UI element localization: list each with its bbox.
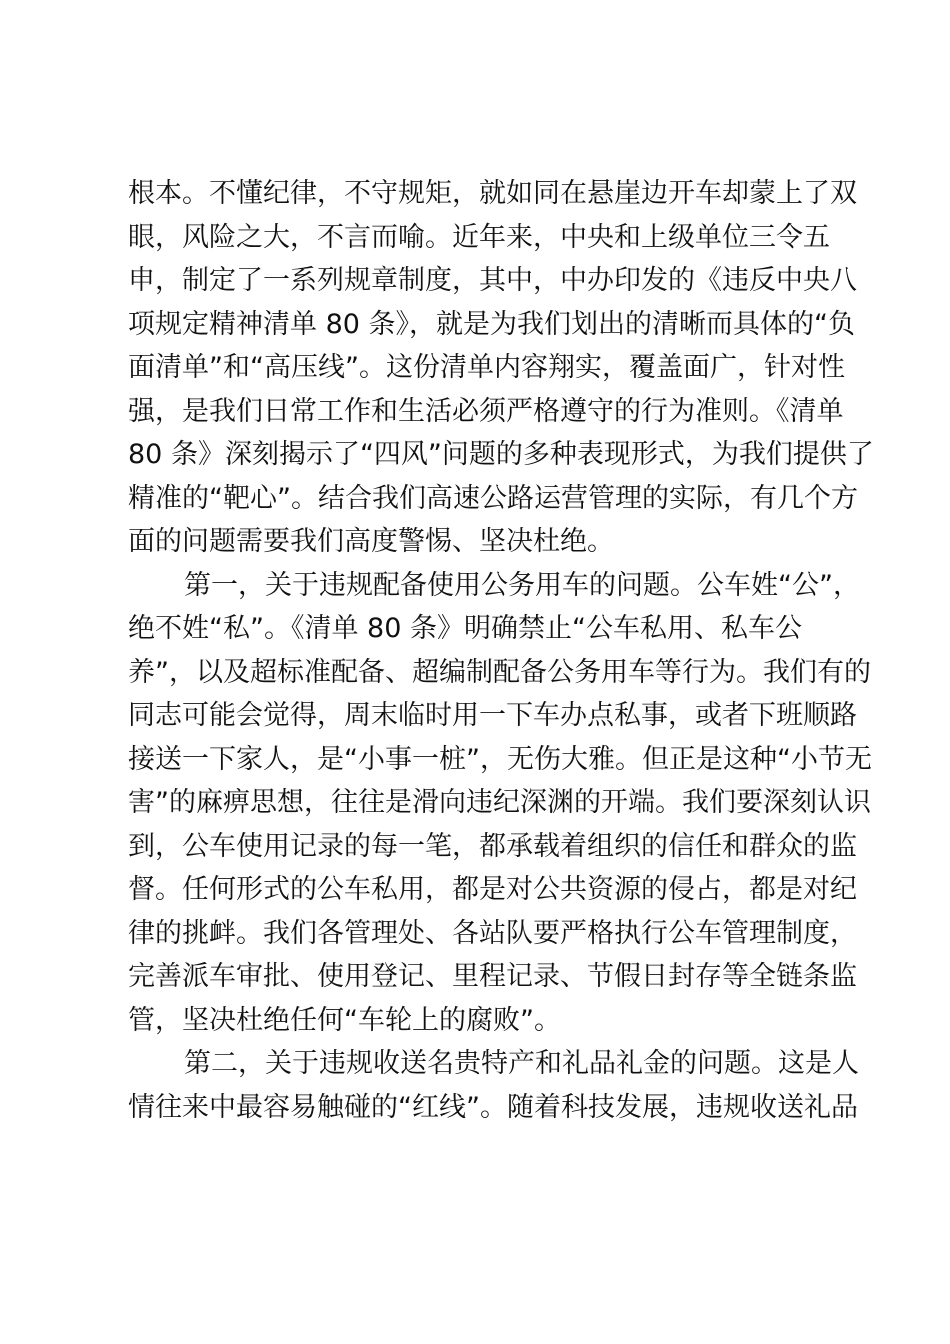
text-line-9: 面的问题需要我们高度警惕、坚决杜绝。 [128, 522, 614, 562]
paragraph-1-start: 第一，关于违规配备使用公务用车的问题。公车姓“公”， [184, 566, 860, 606]
paragraph-2-start: 第二，关于违规收送名贵特产和礼品礼金的问题。这是人 [184, 1044, 859, 1084]
text-line-1: 根本。不懂纪律，不守规矩，就如同在悬崖边开车却蒙上了双 [128, 174, 857, 214]
text-line-18: 律的挑衅。我们各管理处、各站队要严格执行公车管理制度， [128, 914, 857, 954]
text-line-22: 情往来中最容易触碰的“红线”。随着科技发展，违规收送礼品 [128, 1088, 858, 1128]
text-line-6: 强，是我们日常工作和生活必须严格遵守的行为准则。《清单 [128, 392, 844, 432]
text-line-3: 申，制定了一系列规章制度，其中，中办印发的《违反中央八 [128, 261, 857, 301]
text-line-16: 到，公车使用记录的每一笔，都承载着组织的信任和群众的监 [128, 827, 857, 867]
text-line-2: 眼，风险之大，不言而喻。近年来，中央和上级单位三令五 [128, 218, 830, 258]
text-line-7: 80 条》深刻揭示了“四风”问题的多种表现形式，为我们提供了 [128, 435, 874, 475]
text-line-11: 绝不姓“私”。《清单 80 条》明确禁止“公车私用、私车公 [128, 609, 802, 649]
text-line-19: 完善派车审批、使用登记、里程记录、节假日封存等全链条监 [128, 957, 857, 997]
text-line-13: 同志可能会觉得，周末临时用一下车办点私事，或者下班顺路 [128, 696, 857, 736]
text-line-17: 督。任何形式的公车私用，都是对公共资源的侵占，都是对纪 [128, 870, 857, 910]
document-page: 根本。不懂纪律，不守规矩，就如同在悬崖边开车却蒙上了双 眼，风险之大，不言而喻。… [0, 0, 950, 1344]
text-line-20: 管，坚决杜绝任何“车轮上的腐败”。 [128, 1001, 561, 1041]
text-line-4: 项规定精神清单 80 条》，就是为我们划出的清晰而具体的“负 [128, 305, 855, 345]
text-line-15: 害”的麻痹思想，往往是滑向违纪深渊的开端。我们要深刻认识 [128, 783, 871, 823]
text-line-14: 接送一下家人，是“小事一桩”，无伤大雅。但正是这种“小节无 [128, 740, 872, 780]
text-line-8: 精准的“靶心”。结合我们高速公路运营管理的实际，有几个方 [128, 479, 858, 519]
text-line-5: 面清单”和“高压线”。这份清单内容翔实，覆盖面广，针对性 [128, 348, 845, 388]
text-line-12: 养”，以及超标准配备、超编制配备公务用车等行为。我们有的 [128, 653, 871, 693]
